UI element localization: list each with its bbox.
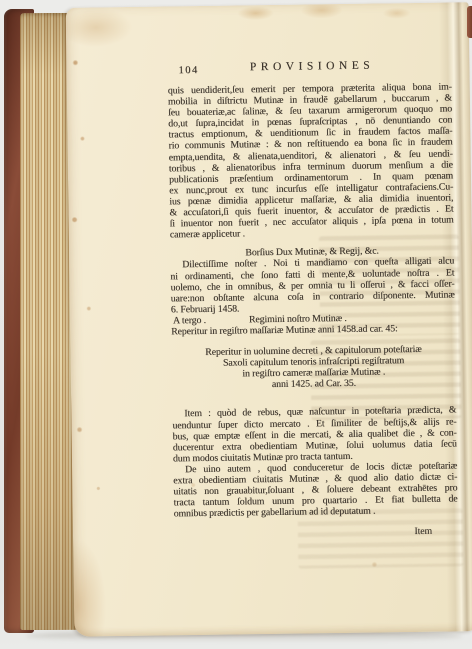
- catchword: Item: [414, 526, 432, 537]
- section-centered-rubric: Reperitur in uolumine decreti , & capitu…: [171, 343, 456, 391]
- row-part: A tergo .: [173, 315, 206, 327]
- section-para-item: Item : quòd de rebus, quæ naſcuntur in p…: [172, 405, 457, 464]
- cover-edge-sliver: [467, 6, 472, 38]
- section-para-de-uino: De uino autem , quod conduceretur de loc…: [173, 460, 458, 519]
- section-para-dilectissime: Dilectiſſime noſter . Noi ti mandiamo co…: [170, 256, 455, 315]
- running-title: PROVISIONES: [167, 59, 451, 74]
- page-header: 104 PROVISIONES: [167, 59, 451, 76]
- photo-background: 104 PROVISIONES quis uendiderit,ſeu emer…: [0, 0, 472, 649]
- page-sections: quis uendiderit,ſeu emerit per tempora p…: [168, 81, 458, 519]
- section-para-1: quis uendiderit,ſeu emerit per tempora p…: [168, 81, 454, 240]
- book-page: 104 PROVISIONES quis uendiderit,ſeu emer…: [66, 2, 472, 637]
- page-text-block: 104 PROVISIONES quis uendiderit,ſeu emer…: [167, 59, 458, 540]
